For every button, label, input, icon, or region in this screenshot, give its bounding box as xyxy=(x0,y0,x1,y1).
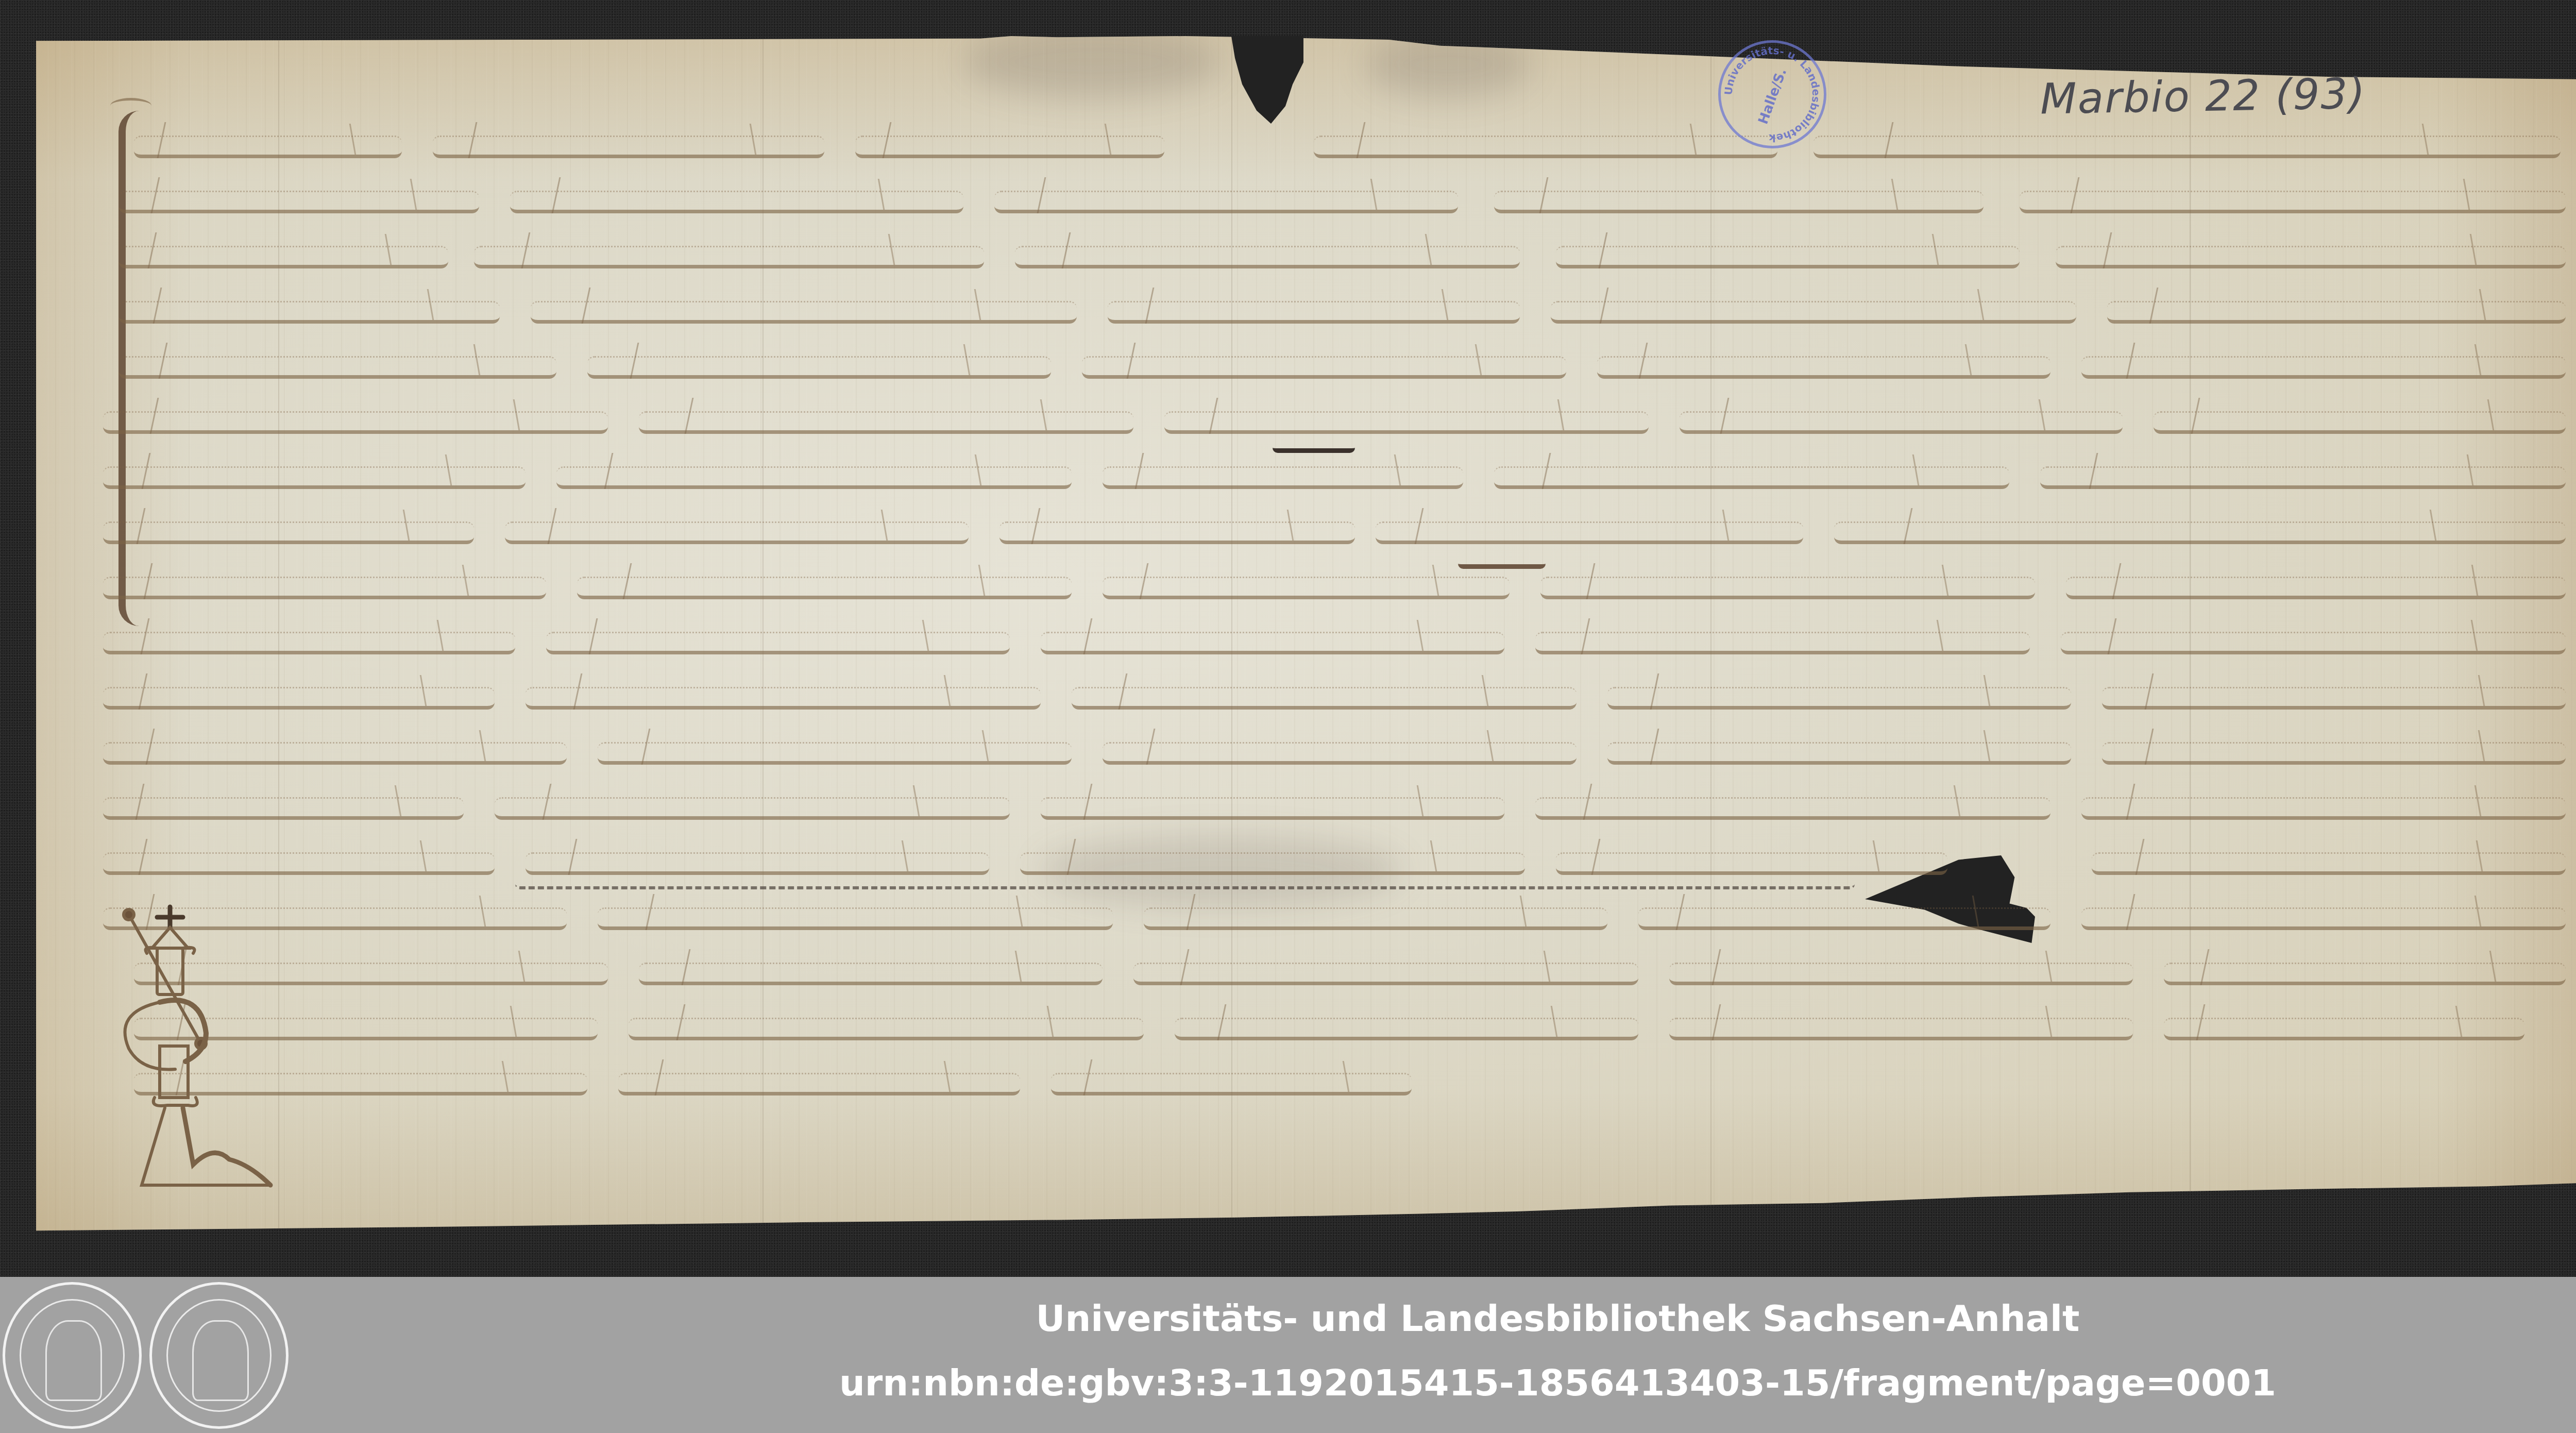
manuscript-line xyxy=(103,725,2576,780)
manuscript-line xyxy=(103,1001,2576,1056)
manuscript-line xyxy=(103,229,2576,284)
manuscript-text-block xyxy=(103,119,2576,1111)
manuscript-line xyxy=(103,504,2576,560)
ink-blot xyxy=(1273,433,1355,453)
manuscript-line xyxy=(103,339,2576,394)
manuscript-line xyxy=(103,560,2576,615)
manuscript-line xyxy=(103,890,2576,946)
dark-word-albina xyxy=(1458,549,1546,569)
manuscript-line xyxy=(103,284,2576,339)
manuscript-line xyxy=(103,174,2576,229)
manuscript-line xyxy=(103,946,2576,1001)
urn-identifier[interactable]: urn:nbn:de:gbv:3:3-1192015415-1856413403… xyxy=(0,1362,2576,1404)
manuscript-line xyxy=(103,670,2576,725)
digitization-footer: Universitäts- und Landesbibliothek Sachs… xyxy=(0,1277,2576,1433)
manuscript-line xyxy=(103,119,2576,174)
manuscript-line xyxy=(103,449,2576,504)
manuscript-line xyxy=(103,780,2576,835)
manuscript-line xyxy=(103,615,2576,670)
manuscript-line xyxy=(103,1056,2576,1111)
shelfmark-annotation: Marbio 22 (93) xyxy=(2040,69,2366,124)
institution-name: Universitäts- und Landesbibliothek Sachs… xyxy=(0,1297,2576,1340)
notary-signum xyxy=(98,897,283,1226)
smudged-line xyxy=(515,871,1855,889)
